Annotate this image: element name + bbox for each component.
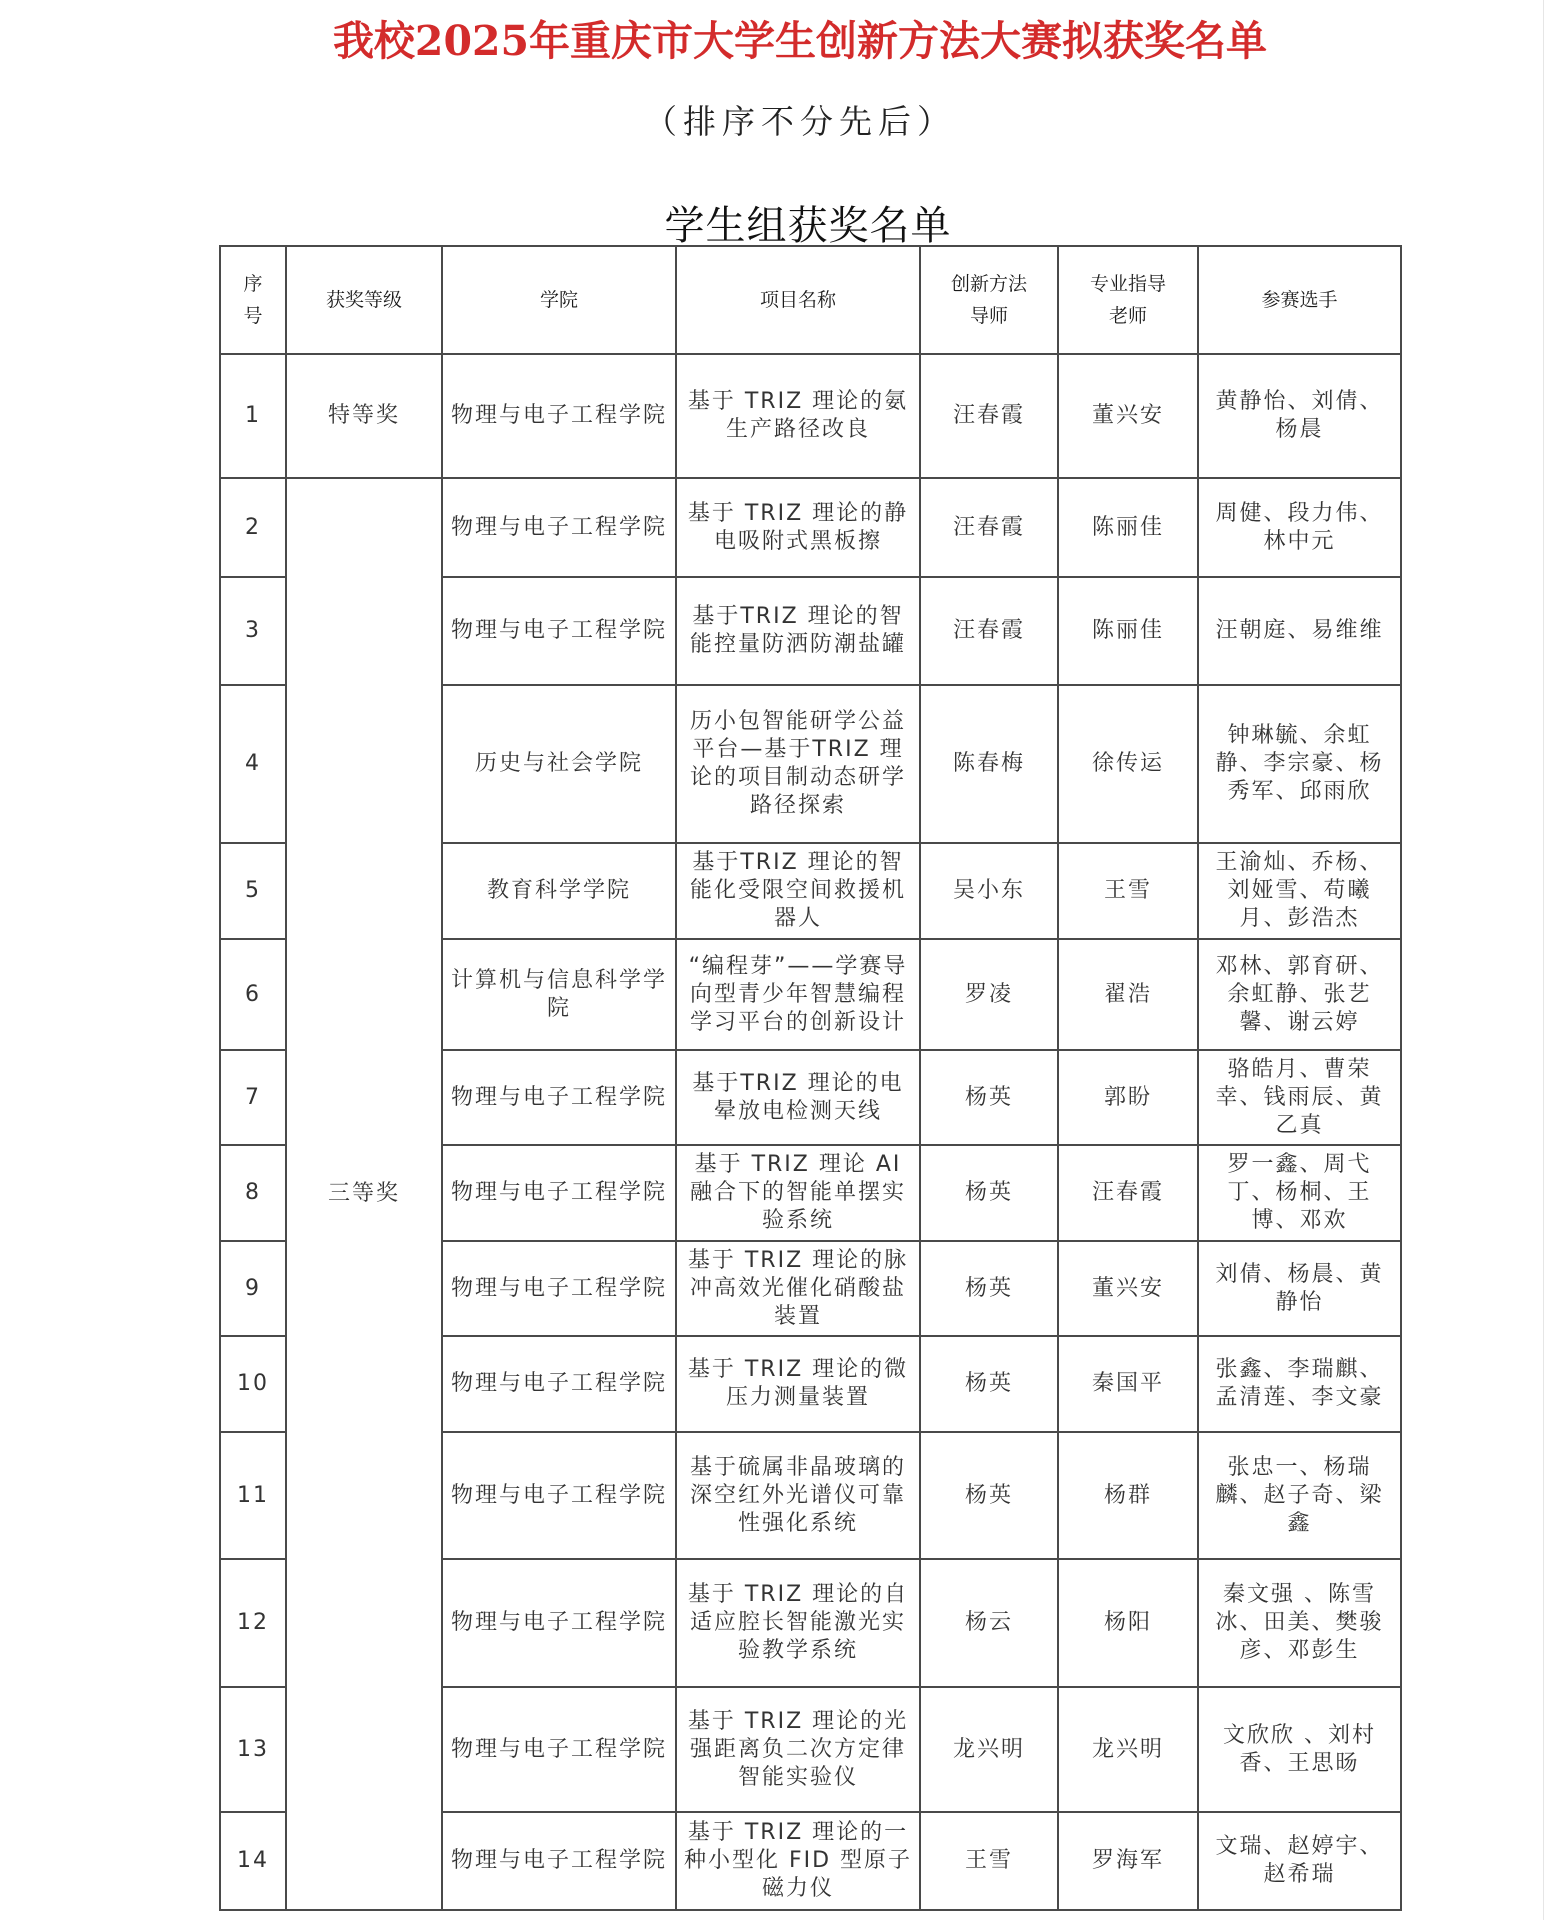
project-name-cell: 基于TRIZ 理论的电晕放电检测天线 — [676, 1050, 920, 1145]
method-mentor-cell: 杨英 — [920, 1050, 1058, 1145]
row-index: 3 — [220, 577, 286, 685]
row-index: 2 — [220, 478, 286, 577]
participants-cell: 罗一鑫、周弋丁、杨桐、王博、邓欢 — [1198, 1145, 1401, 1241]
major-mentor-cell: 徐传运 — [1058, 685, 1198, 843]
method-mentor-cell: 汪春霞 — [920, 478, 1058, 577]
college-cell: 物理与电子工程学院 — [442, 1241, 676, 1336]
method-mentor-cell: 吴小东 — [920, 843, 1058, 939]
row-index: 13 — [220, 1687, 286, 1812]
row-index: 5 — [220, 843, 286, 939]
method-mentor-cell: 杨云 — [920, 1559, 1058, 1687]
project-name-cell: 基于 TRIZ 理论的自适应腔长智能激光实验教学系统 — [676, 1559, 920, 1687]
major-mentor-cell: 秦国平 — [1058, 1336, 1198, 1432]
participants-cell: 张忠一、杨瑞麟、赵子奇、梁鑫 — [1198, 1432, 1401, 1559]
row-index: 7 — [220, 1050, 286, 1145]
project-name-cell: 基于 TRIZ 理论的一种小型化 FID 型原子磁力仪 — [676, 1812, 920, 1910]
project-name-cell: 基于 TRIZ 理论的静电吸附式黑板擦 — [676, 478, 920, 577]
college-cell: 计算机与信息科学学院 — [442, 939, 676, 1050]
participants-cell: 刘倩、杨晨、黄静怡 — [1198, 1241, 1401, 1336]
row-index: 10 — [220, 1336, 286, 1432]
row-index: 4 — [220, 685, 286, 843]
method-mentor-cell: 杨英 — [920, 1241, 1058, 1336]
table-row: 2三等奖物理与电子工程学院基于 TRIZ 理论的静电吸附式黑板擦汪春霞陈丽佳周健… — [220, 478, 1401, 577]
row-index: 12 — [220, 1559, 286, 1687]
college-cell: 教育科学学院 — [442, 843, 676, 939]
header-project: 项目名称 — [676, 246, 920, 354]
college-cell: 历史与社会学院 — [442, 685, 676, 843]
major-mentor-cell: 陈丽佳 — [1058, 577, 1198, 685]
college-cell: 物理与电子工程学院 — [442, 1687, 676, 1812]
header-major-mentor: 专业指导老师 — [1058, 246, 1198, 354]
major-mentor-cell: 董兴安 — [1058, 1241, 1198, 1336]
participants-cell: 文瑞、赵婷宇、赵希瑞 — [1198, 1812, 1401, 1910]
header-method-mentor: 创新方法导师 — [920, 246, 1058, 354]
college-cell: 物理与电子工程学院 — [442, 1812, 676, 1910]
method-mentor-cell: 杨英 — [920, 1336, 1058, 1432]
college-cell: 物理与电子工程学院 — [442, 577, 676, 685]
participants-cell: 张鑫、李瑞麒、孟清莲、李文豪 — [1198, 1336, 1401, 1432]
participants-cell: 王渝灿、乔杨、刘娅雪、苟曦月、彭浩杰 — [1198, 843, 1401, 939]
major-mentor-cell: 汪春霞 — [1058, 1145, 1198, 1241]
college-cell: 物理与电子工程学院 — [442, 1145, 676, 1241]
major-mentor-cell: 罗海军 — [1058, 1812, 1198, 1910]
document-title: 我校2025年重庆市大学生创新方法大赛拟获奖名单 — [0, 8, 1547, 67]
row-index: 1 — [220, 354, 286, 478]
row-index: 11 — [220, 1432, 286, 1559]
header-college: 学院 — [442, 246, 676, 354]
major-mentor-cell: 郭盼 — [1058, 1050, 1198, 1145]
major-mentor-cell: 杨群 — [1058, 1432, 1198, 1559]
project-name-cell: 基于硫属非晶玻璃的深空红外光谱仪可靠性强化系统 — [676, 1432, 920, 1559]
award-level-cell: 特等奖 — [286, 354, 442, 478]
project-name-cell: 历小包智能研学公益平台—基于TRIZ 理论的项目制动态研学路径探索 — [676, 685, 920, 843]
method-mentor-cell: 杨英 — [920, 1432, 1058, 1559]
participants-cell: 文欣欣 、刘村香、王思旸 — [1198, 1687, 1401, 1812]
participants-cell: 秦文强 、陈雪冰、田美、樊骏彦、邓彭生 — [1198, 1559, 1401, 1687]
participants-cell: 黄静怡、刘倩、杨晨 — [1198, 354, 1401, 478]
project-name-cell: 基于 TRIZ 理论的氨生产路径改良 — [676, 354, 920, 478]
method-mentor-cell: 龙兴明 — [920, 1687, 1058, 1812]
college-cell: 物理与电子工程学院 — [442, 1336, 676, 1432]
awards-table: 序号 获奖等级 学院 项目名称 创新方法导师 专业指导老师 参赛选手 1特等奖物… — [219, 245, 1402, 1911]
header-participants: 参赛选手 — [1198, 246, 1401, 354]
major-mentor-cell: 龙兴明 — [1058, 1687, 1198, 1812]
participants-cell: 汪朝庭、易维维 — [1198, 577, 1401, 685]
method-mentor-cell: 汪春霞 — [920, 577, 1058, 685]
row-index: 9 — [220, 1241, 286, 1336]
row-index: 8 — [220, 1145, 286, 1241]
header-row: 序号 获奖等级 学院 项目名称 创新方法导师 专业指导老师 参赛选手 — [220, 246, 1401, 354]
header-award-level: 获奖等级 — [286, 246, 442, 354]
section-title: 学生组获奖名单 — [0, 194, 1547, 251]
college-cell: 物理与电子工程学院 — [442, 1559, 676, 1687]
project-name-cell: 基于 TRIZ 理论 AI 融合下的智能单摆实验系统 — [676, 1145, 920, 1241]
ordering-note: （排序不分先后） — [0, 96, 1547, 143]
college-cell: 物理与电子工程学院 — [442, 1432, 676, 1559]
major-mentor-cell: 陈丽佳 — [1058, 478, 1198, 577]
row-index: 14 — [220, 1812, 286, 1910]
award-level-cell: 三等奖 — [286, 478, 442, 1910]
participants-cell: 周健、段力伟、林中元 — [1198, 478, 1401, 577]
project-name-cell: 基于 TRIZ 理论的光强距离负二次方定律智能实验仪 — [676, 1687, 920, 1812]
row-index: 6 — [220, 939, 286, 1050]
college-cell: 物理与电子工程学院 — [442, 1050, 676, 1145]
method-mentor-cell: 汪春霞 — [920, 354, 1058, 478]
table-row: 1特等奖物理与电子工程学院基于 TRIZ 理论的氨生产路径改良汪春霞董兴安黄静怡… — [220, 354, 1401, 478]
major-mentor-cell: 董兴安 — [1058, 354, 1198, 478]
method-mentor-cell: 王雪 — [920, 1812, 1058, 1910]
page-edge-divider — [1543, 0, 1544, 1920]
college-cell: 物理与电子工程学院 — [442, 478, 676, 577]
major-mentor-cell: 王雪 — [1058, 843, 1198, 939]
project-name-cell: 基于 TRIZ 理论的脉冲高效光催化硝酸盐装置 — [676, 1241, 920, 1336]
project-name-cell: 基于 TRIZ 理论的微压力测量装置 — [676, 1336, 920, 1432]
college-cell: 物理与电子工程学院 — [442, 354, 676, 478]
participants-cell: 骆皓月、曹荣幸、钱雨辰、黄乙真 — [1198, 1050, 1401, 1145]
major-mentor-cell: 翟浩 — [1058, 939, 1198, 1050]
participants-cell: 邓林、郭育研、余虹静、张艺馨、谢云婷 — [1198, 939, 1401, 1050]
method-mentor-cell: 陈春梅 — [920, 685, 1058, 843]
project-name-cell: “编程芽”——学赛导向型青少年智慧编程学习平台的创新设计 — [676, 939, 920, 1050]
major-mentor-cell: 杨阳 — [1058, 1559, 1198, 1687]
project-name-cell: 基于TRIZ 理论的智能控量防洒防潮盐罐 — [676, 577, 920, 685]
project-name-cell: 基于TRIZ 理论的智能化受限空间救援机器人 — [676, 843, 920, 939]
method-mentor-cell: 杨英 — [920, 1145, 1058, 1241]
participants-cell: 钟琳毓、余虹静、李宗豪、杨秀军、邱雨欣 — [1198, 685, 1401, 843]
method-mentor-cell: 罗凌 — [920, 939, 1058, 1050]
header-index: 序号 — [220, 246, 286, 354]
